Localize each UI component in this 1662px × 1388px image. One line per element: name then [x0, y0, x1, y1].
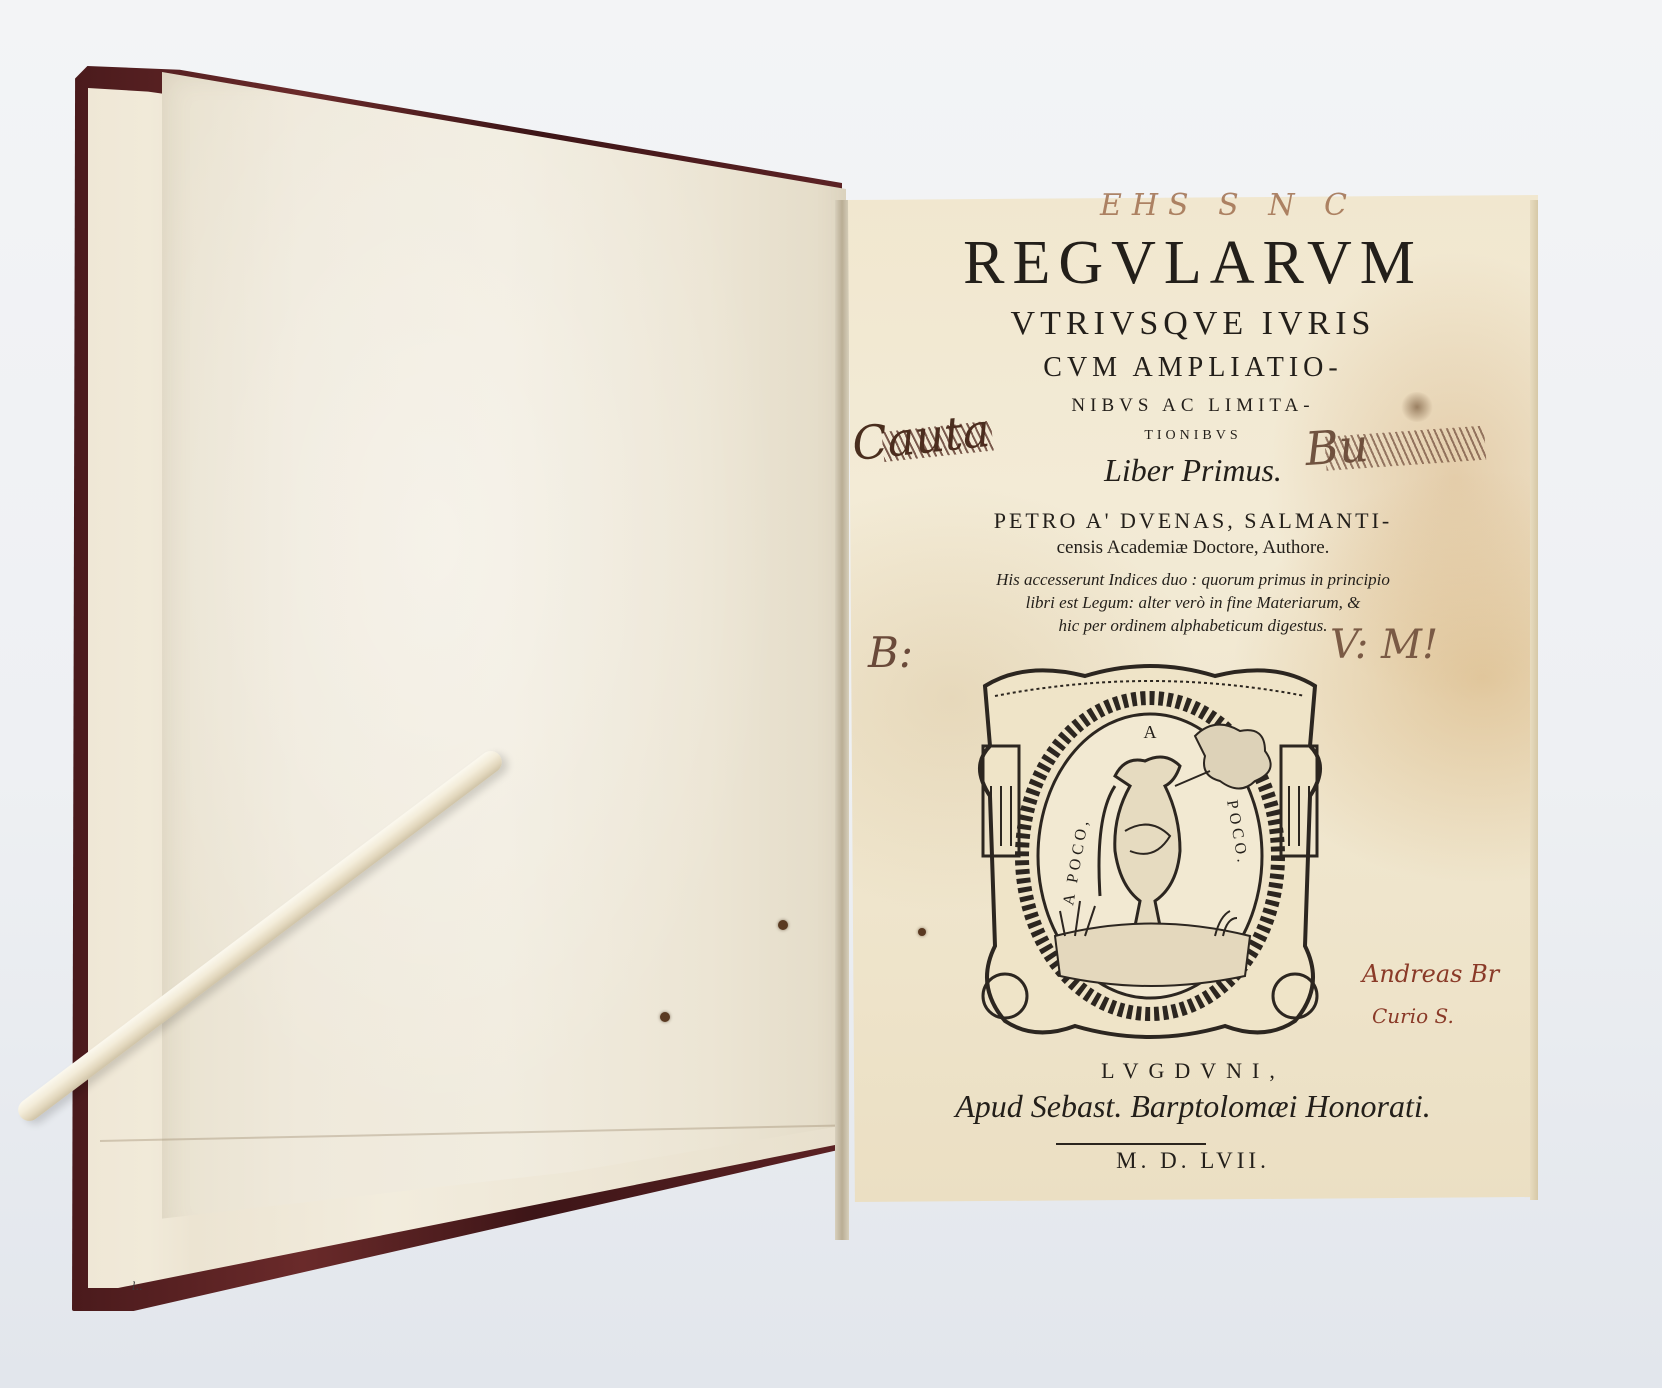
ownership-inscription-line-2: Curio S.: [1372, 1004, 1454, 1028]
ownership-inscription-line-1: Andreas Br: [1362, 960, 1499, 988]
title-line-2: VTRIVSQVE IVRIS: [848, 305, 1538, 343]
wormhole: [660, 1012, 670, 1022]
imprint-city: LVGDVNI,: [848, 1058, 1538, 1084]
manuscript-struck-signature-right: Bu: [1303, 418, 1370, 476]
manuscript-mark-b: B:: [868, 628, 913, 677]
wormhole: [778, 920, 788, 930]
title-line-1: REGVLARVM: [848, 228, 1538, 299]
svg-text:A: A: [1144, 722, 1157, 742]
imprint-year: M. D. LVII.: [848, 1148, 1538, 1174]
author-line-2: censis Academiæ Doctore, Authore.: [848, 537, 1538, 559]
imprint-printer: Apud Sebast. Barptolomæi Honorati.: [848, 1088, 1538, 1125]
manuscript-mark-vm: V: M!: [1330, 622, 1438, 668]
page-edge: [1530, 200, 1538, 1200]
contents-note-1: His accesserunt Indices duo : quorum pri…: [848, 570, 1538, 590]
author-line-1: PETRO A' DVENAS, SALMANTI-: [848, 508, 1538, 534]
manuscript-top-inscription: EHS S N C: [1100, 188, 1357, 223]
title-line-3: CVM AMPLIATIO-: [848, 352, 1538, 384]
spine-gutter: [835, 200, 849, 1240]
imprint-rule: [1056, 1143, 1206, 1145]
ink-stain: [1400, 392, 1434, 422]
printers-device-woodcut: A A POCO, POCO.: [965, 656, 1335, 1046]
pencil-mark: l..: [132, 1280, 143, 1293]
wormhole: [918, 928, 926, 936]
left-flyleaf-page: [162, 72, 846, 1242]
contents-note-2: libri est Legum: alter verò in fine Mate…: [848, 593, 1538, 613]
